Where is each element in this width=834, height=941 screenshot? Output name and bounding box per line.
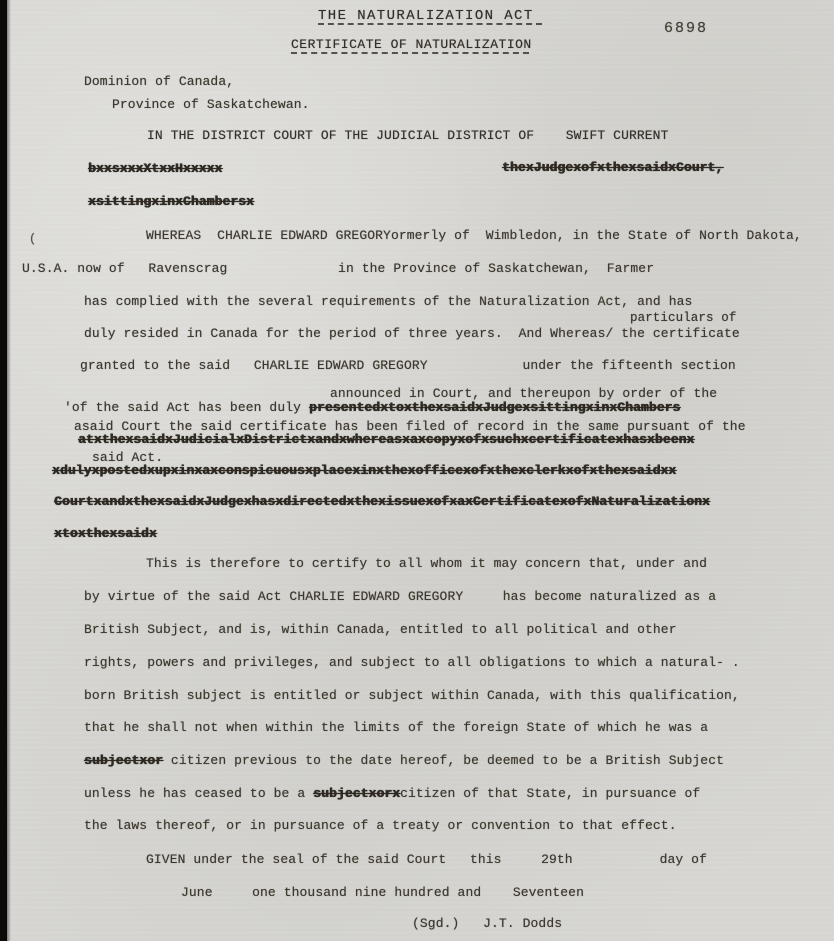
line-dominion: Dominion of Canada, [84, 74, 234, 90]
line-ceased: unless he has ceased to be a subjectxorx… [84, 786, 700, 802]
line-struck-chambers: xsittingxinxChambersx [88, 194, 254, 210]
line-limits: that he shall not when within the limits… [84, 720, 708, 736]
stray-mark: ( [29, 231, 36, 247]
citizen-rest-text: citizen previous to the date hereof, be … [163, 753, 724, 768]
struck-posted-text: xdulyxpostedxupxinxaxconspicuousxplacexi… [52, 463, 676, 478]
line-complied: has complied with the several requiremen… [84, 294, 692, 310]
struck-judge-text: thexJudgexofxthexsaidxCourt, [502, 160, 723, 175]
certificate-document: THE NATURALIZATION ACT 6898 CERTIFICATE … [0, 0, 834, 941]
struck-honour-text: bxxsxxxXtxxHxxxxx [88, 161, 222, 176]
line-resided: duly resided in Canada for the period of… [84, 326, 740, 342]
struck-court-directed-text: CourtxandxthexsaidxJudgexhasxdirectedxth… [54, 494, 710, 509]
cert-title-underline [291, 43, 529, 54]
line-date: June one thousand nine hundred and Seven… [181, 885, 584, 901]
line-struck-posted: xdulyxpostedxupxinxaxconspicuousxplacexi… [52, 463, 676, 479]
line-laws: the laws thereof, or in pursuance of a t… [84, 818, 677, 834]
line-province: Province of Saskatchewan. [112, 97, 310, 113]
line-struck-judge: thexJudgexofxthexsaidxCourt, [502, 160, 723, 176]
line-granted: granted to the said CHARLIE EDWARD GREGO… [80, 358, 736, 374]
line-born: born British subject is entitled or subj… [84, 688, 740, 704]
filed-struck-text: atxthexsaidxJudicialxDistrictxandxwherea… [78, 432, 694, 447]
line-signature: (Sgd.) J.T. Dodds [412, 916, 562, 932]
scan-edge-strip [0, 0, 7, 941]
line-struck-honour: bxxsxxxXtxxHxxxxx [88, 161, 222, 177]
line-rights: rights, powers and privileges, and subje… [84, 655, 740, 671]
line-residence: U.S.A. now of Ravenscrag in the Province… [22, 261, 654, 277]
line-given: GIVEN under the seal of the said Court t… [146, 852, 707, 868]
line-filed-struck: atxthexsaidxJudicialxDistrictxandxwherea… [78, 432, 694, 448]
ceased-rest-text: citizen of that State, in pursuance of [400, 786, 700, 801]
line-virtue: by virtue of the said Act CHARLIE EDWARD… [84, 589, 716, 605]
ceased-struck-text: subjectxorx [313, 786, 400, 801]
duly-struck-text: presentedxtoxthexsaidxJudgexsittingxinxC… [309, 400, 680, 415]
certificate-number: 6898 [664, 21, 708, 37]
duly-pre-text: 'of the said Act has been duly [64, 400, 309, 415]
line-struck-court-directed: CourtxandxthexsaidxJudgexhasxdirectedxth… [54, 494, 710, 510]
line-struck-to-said: xtoxthexsaidx [54, 526, 157, 542]
line-whereas: WHEREAS CHARLIE EDWARD GREGORYormerly of… [146, 228, 802, 244]
struck-to-said-text: xtoxthexsaidx [54, 526, 157, 541]
line-court: IN THE DISTRICT COURT OF THE JUDICIAL DI… [147, 128, 668, 144]
ceased-pre-text: unless he has ceased to be a [84, 786, 313, 801]
struck-chambers-text: xsittingxinxChambersx [88, 194, 254, 209]
line-certify: This is therefore to certify to all whom… [146, 556, 707, 572]
line-citizen: subjectxor citizen previous to the date … [84, 753, 724, 769]
citizen-struck-text: subjectxor [84, 753, 163, 768]
line-duly: 'of the said Act has been duly presented… [64, 400, 680, 416]
scan-edge-shadow [7, 0, 11, 941]
act-title-underline [318, 14, 542, 25]
line-particulars-insert: particulars of [630, 310, 736, 326]
line-british: British Subject, and is, within Canada, … [84, 622, 677, 638]
